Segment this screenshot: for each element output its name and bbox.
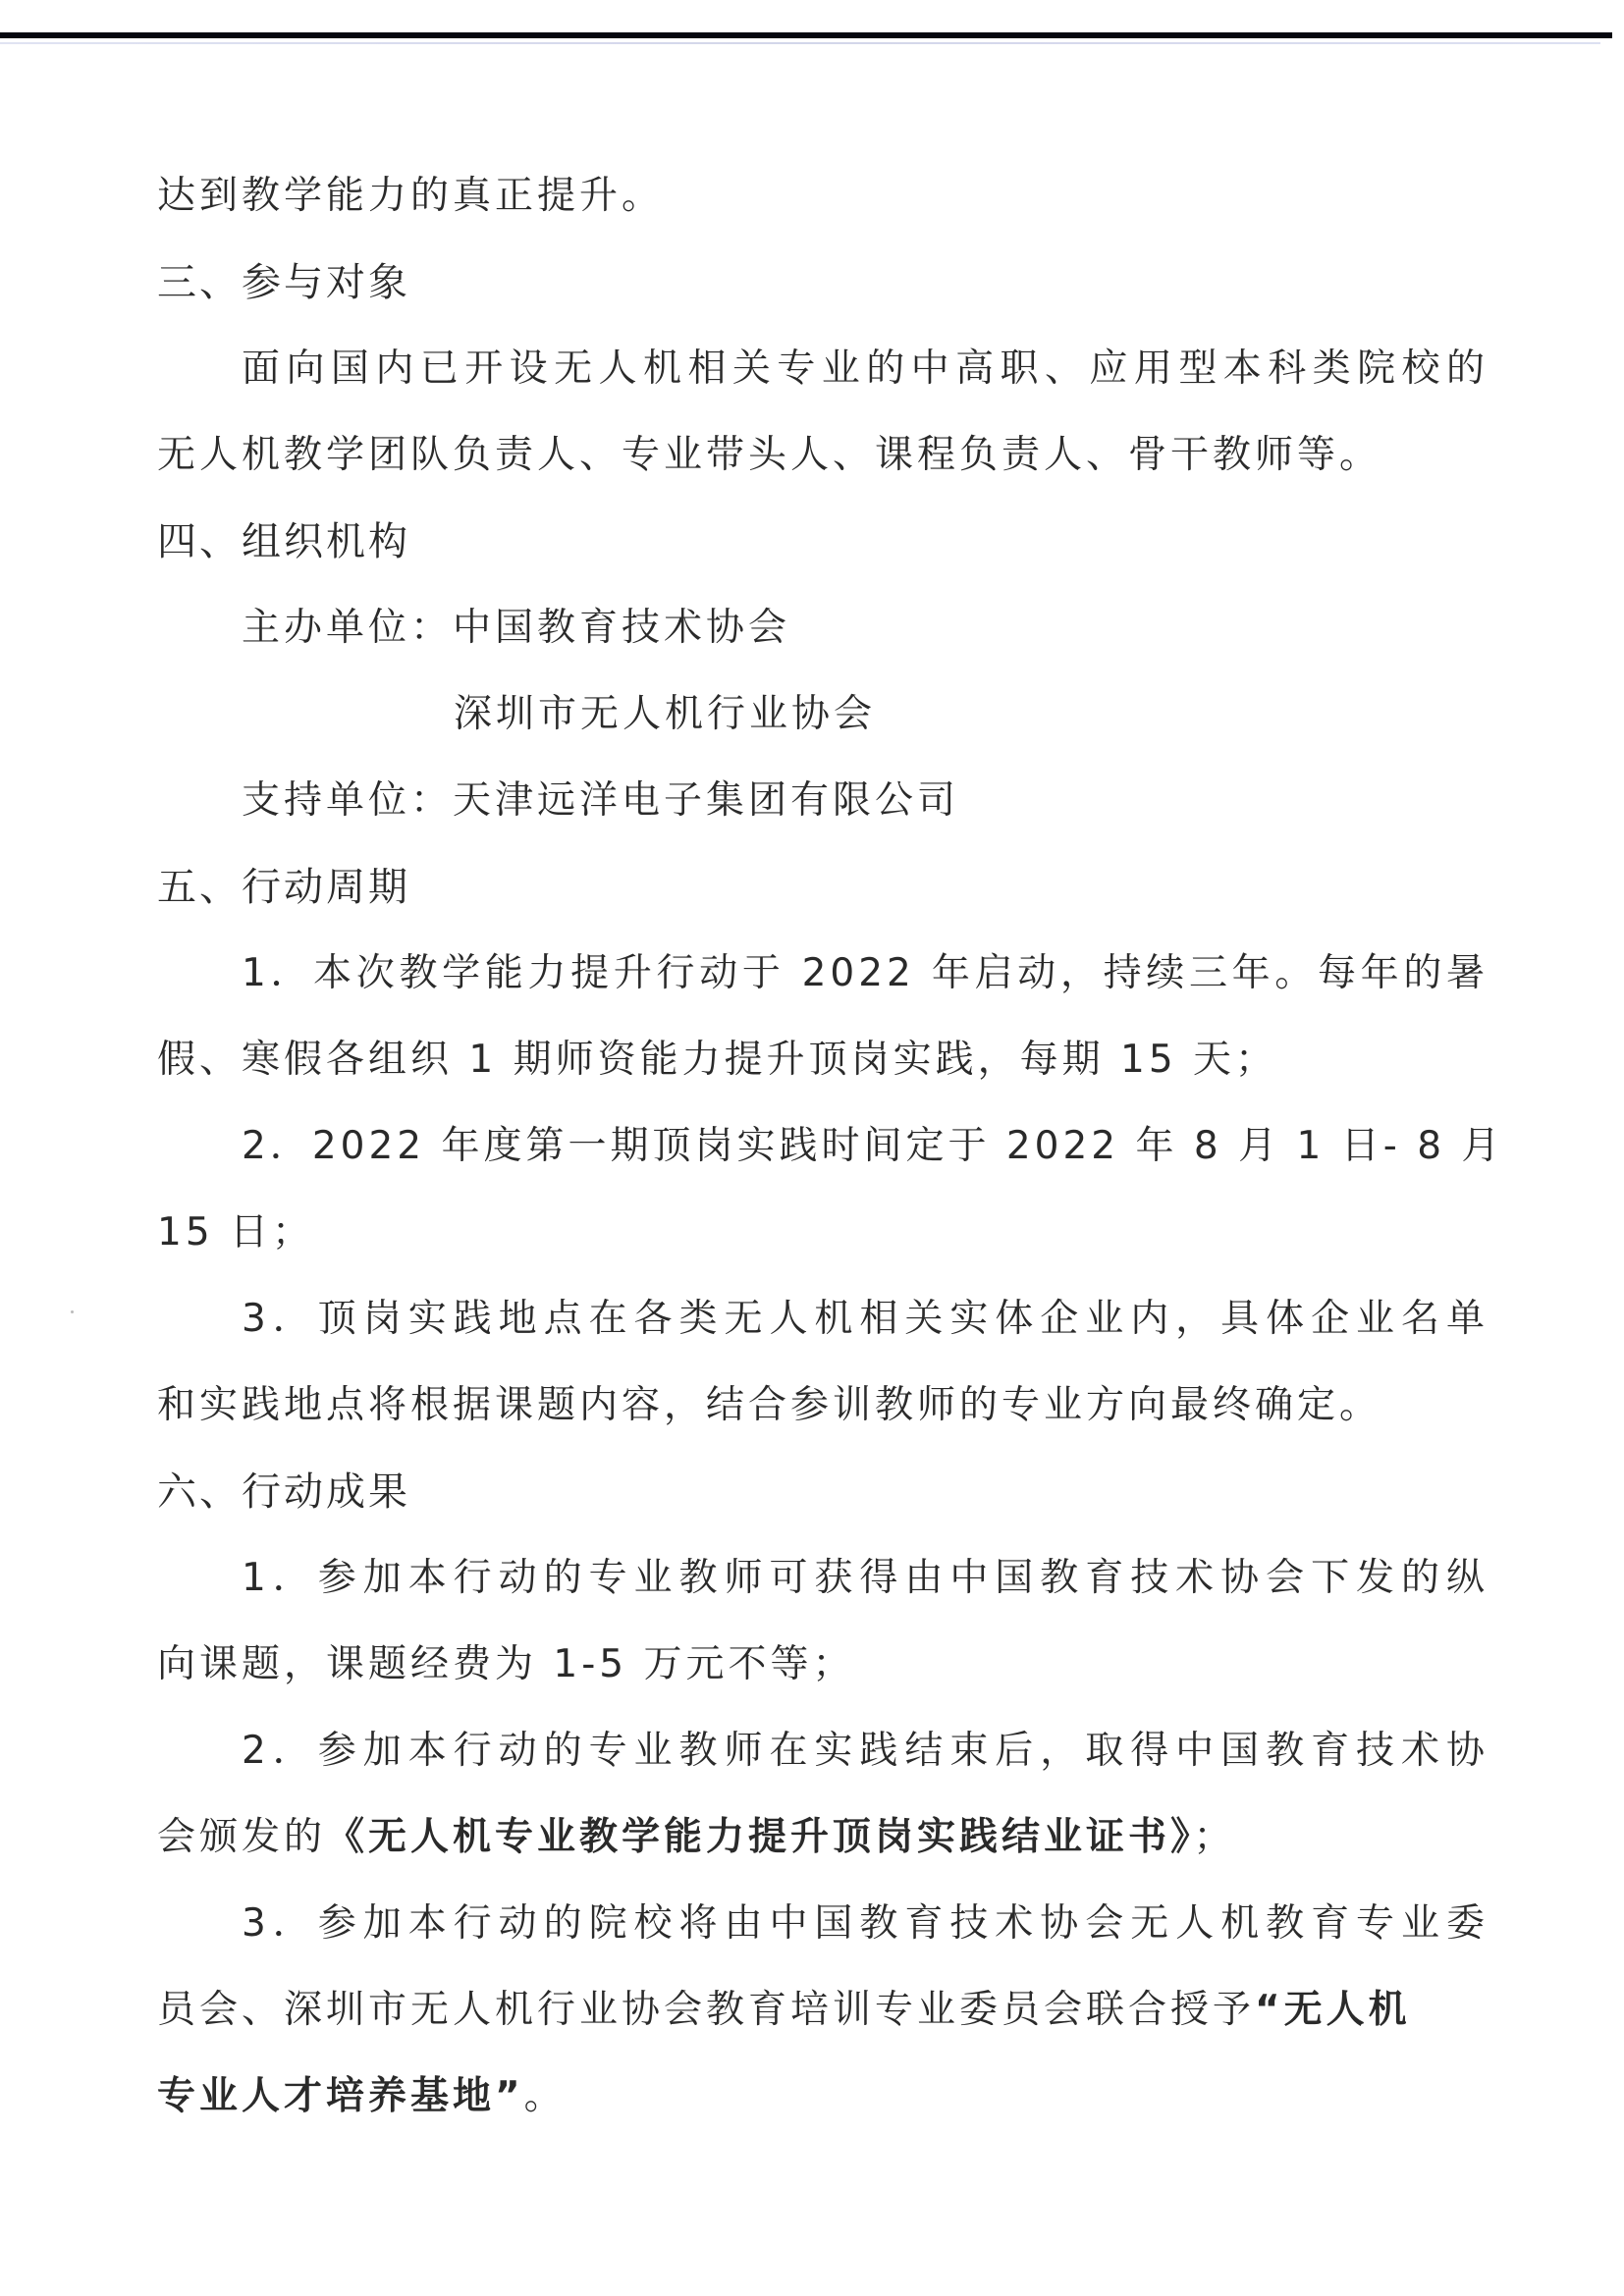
header-rule-thin [0, 42, 1600, 44]
organizer-name: 深圳市无人机行业协会 [454, 692, 876, 736]
paragraph-line: 面向国内已开设无人机相关专业的中高职、应用型本科类院校的 [157, 340, 1489, 426]
scan-speck [71, 1310, 74, 1313]
supporter-name: 天津远洋电子集团有限公司 [453, 778, 959, 823]
list-item-line: 3．顶岗实践地点在各类无人机相关实体企业内，具体企业名单 [157, 1290, 1489, 1376]
list-item-line: 向课题，课题经费为 1-5 万元不等； [157, 1635, 1404, 1722]
award-title: 专业人才培养基地” [157, 2074, 524, 2118]
text-run: ； [1194, 1815, 1236, 1859]
list-item-line: 1．参加本行动的专业教师可获得由中国教育技术协会下发的纵 [157, 1549, 1489, 1635]
list-item-line: 和实践地点将根据课题内容，结合参训教师的专业方向最终确定。 [157, 1376, 1404, 1463]
text-run: 。 [524, 2074, 567, 2118]
organizer-row: 深圳市无人机行业协会 [157, 685, 1404, 772]
supporter-label: 支持单位： [242, 778, 453, 823]
list-item-line: 会颁发的《无人机专业教学能力提升顶岗实践结业证书》； [157, 1808, 1404, 1895]
list-item-line: 2．参加本行动的专业教师在实践结束后，取得中国教育技术协 [157, 1722, 1489, 1808]
list-item-line: 假、寒假各组织 1 期师资能力提升顶岗实践，每期 15 天； [157, 1031, 1404, 1117]
list-item-line: 员会、深圳市无人机行业协会教育培训专业委员会联合授予“无人机 [157, 1981, 1404, 2067]
section-heading-organization: 四、组织机构 [157, 512, 1404, 599]
list-item-line: 2．2022 年度第一期顶岗实践时间定于 2022 年 8 月 1 日- 8 月 [157, 1117, 1489, 1203]
text-run: 会颁发的 [157, 1815, 326, 1859]
continuation-line: 达到教学能力的真正提升。 [157, 167, 1404, 253]
certificate-title: 《无人机专业教学能力提升顶岗实践结业证书》 [326, 1815, 1194, 1859]
organizer-row: 主办单位：中国教育技术协会 [157, 599, 1404, 685]
text-run: 员会、深圳市无人机行业协会教育培训专业委员会联合授予 [157, 1988, 1255, 2032]
section-heading-participants: 三、参与对象 [157, 253, 1404, 340]
supporter-row: 支持单位：天津远洋电子集团有限公司 [157, 772, 1404, 858]
list-item-line: 3．参加本行动的院校将由中国教育技术协会无人机教育专业委 [157, 1895, 1489, 1981]
section-heading-results: 六、行动成果 [157, 1463, 1404, 1549]
organizer-name: 中国教育技术协会 [453, 606, 790, 650]
list-item-line: 1．本次教学能力提升行动于 2022 年启动，持续三年。每年的暑 [157, 944, 1489, 1031]
header-rule-thick [0, 32, 1612, 38]
paragraph-line: 无人机教学团队负责人、专业带头人、课程负责人、骨干教师等。 [157, 426, 1404, 512]
list-item-line: 15 日； [157, 1203, 1404, 1290]
section-heading-period: 五、行动周期 [157, 858, 1404, 944]
list-item-line: 专业人才培养基地”。 [157, 2067, 1404, 2154]
award-title: “无人机 [1255, 1988, 1411, 2032]
document-body: 达到教学能力的真正提升。 三、参与对象 面向国内已开设无人机相关专业的中高职、应… [157, 167, 1404, 2154]
organizer-label: 主办单位： [242, 606, 453, 650]
